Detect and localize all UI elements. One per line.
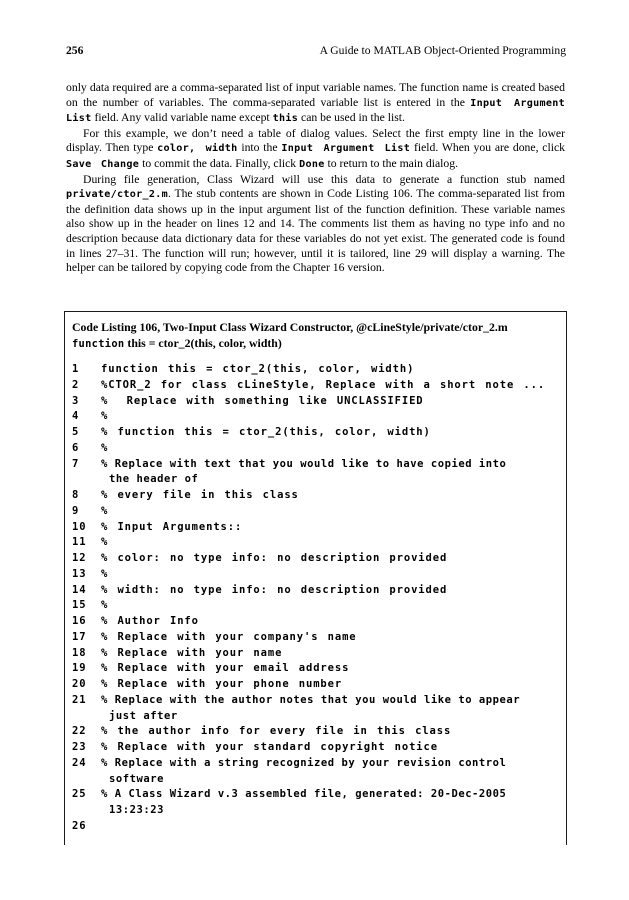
code-text: % — [101, 409, 108, 425]
text-run: . The stub contents are shown in Code Li… — [66, 187, 565, 274]
code-text: % Replace with text that you would like … — [101, 457, 506, 489]
text-run: into the — [238, 141, 282, 154]
code-line: 2%CTOR_2 for class cLineStyle, Replace w… — [72, 378, 561, 394]
code-text: % — [101, 567, 108, 583]
line-number: 12 — [72, 551, 101, 567]
text-run: to return to the main dialog. — [325, 157, 458, 170]
code-text-line: % Author Info — [101, 614, 199, 630]
line-number: 1 — [72, 362, 101, 378]
code-line: 22% the author info for every file in th… — [72, 724, 561, 740]
code-line: 20% Replace with your phone number — [72, 677, 561, 693]
line-number: 10 — [72, 520, 101, 536]
text-run: field. Any valid variable name except — [92, 111, 273, 124]
running-head-title: A Guide to MATLAB Object-Oriented Progra… — [320, 44, 566, 57]
line-number: 19 — [72, 661, 101, 677]
code-text: % Replace with your name — [101, 646, 282, 662]
line-number: 3 — [72, 394, 101, 410]
inline-code: Save Change — [66, 159, 139, 170]
code-text: % every file in this class — [101, 488, 299, 504]
body-text: only data required are a comma-separated… — [66, 81, 565, 276]
line-number: 17 — [72, 630, 101, 646]
line-number: 4 — [72, 409, 101, 425]
line-number: 23 — [72, 740, 101, 756]
listing-signature: function this = ctor_2(this, color, widt… — [72, 336, 561, 353]
code-text: % — [101, 535, 108, 551]
text-run: to commit the data. Finally, click — [139, 157, 299, 170]
code-text-line: % Input Arguments:: — [101, 520, 242, 536]
line-number: 14 — [72, 583, 101, 599]
code-lines: 1function this = ctor_2(this, color, wid… — [72, 362, 561, 835]
code-text: % Replace with the author notes that you… — [101, 693, 520, 725]
listing-title: Code Listing 106, Two-Input Class Wizard… — [72, 320, 561, 336]
code-text: % width: no type info: no description pr… — [101, 583, 447, 599]
code-text: % Replace with a string recognized by yo… — [101, 756, 506, 788]
code-text-line: % — [101, 441, 108, 457]
code-line: 9% — [72, 504, 561, 520]
paragraph: only data required are a comma-separated… — [66, 81, 565, 127]
code-line: 14% width: no type info: no description … — [72, 583, 561, 599]
line-number: 24 — [72, 756, 101, 788]
code-text: % Replace with your standard copyright n… — [101, 740, 438, 756]
paragraph: For this example, we don’t need a table … — [66, 127, 565, 173]
text-run: can be used in the list. — [298, 111, 405, 124]
code-line: 1function this = ctor_2(this, color, wid… — [72, 362, 561, 378]
code-line: 13% — [72, 567, 561, 583]
inline-code: private/ctor_2.m — [66, 189, 168, 200]
code-line: 5% function this = ctor_2(this, color, w… — [72, 425, 561, 441]
code-line: 6% — [72, 441, 561, 457]
code-text-line: % — [101, 567, 108, 583]
line-number: 2 — [72, 378, 101, 394]
line-number: 25 — [72, 787, 101, 819]
line-number: 20 — [72, 677, 101, 693]
code-text: % Input Arguments:: — [101, 520, 242, 536]
running-head: 256 A Guide to MATLAB Object-Oriented Pr… — [66, 44, 566, 57]
code-continuation: the header of — [101, 472, 506, 488]
code-text: % Replace with your phone number — [101, 677, 342, 693]
code-text: % — [101, 598, 108, 614]
line-number: 11 — [72, 535, 101, 551]
line-number: 9 — [72, 504, 101, 520]
code-line: 4% — [72, 409, 561, 425]
code-text-line: % function this = ctor_2(this, color, wi… — [101, 425, 431, 441]
code-text-line: % — [101, 535, 108, 551]
code-text-line: % Replace with the author notes that you… — [101, 693, 520, 709]
code-line: 15% — [72, 598, 561, 614]
signature-keyword: function — [72, 338, 124, 350]
code-text: % Replace with your email address — [101, 661, 349, 677]
code-text-line: % color: no type info: no description pr… — [101, 551, 447, 567]
code-text-line: % Replace with text that you would like … — [101, 457, 506, 473]
line-number: 26 — [72, 819, 101, 835]
code-line: 24% Replace with a string recognized by … — [72, 756, 561, 788]
code-continuation: 13:23:23 — [101, 803, 506, 819]
code-line: 23% Replace with your standard copyright… — [72, 740, 561, 756]
code-text-line: % Replace with your name — [101, 646, 282, 662]
code-text-line: function this = ctor_2(this, color, widt… — [101, 362, 414, 378]
code-text: % A Class Wizard v.3 assembled file, gen… — [101, 787, 506, 819]
code-text-line: % the author info for every file in this… — [101, 724, 451, 740]
text-run: field. When you are done, click — [410, 141, 565, 154]
code-line: 19% Replace with your email address — [72, 661, 561, 677]
code-listing-box: Code Listing 106, Two-Input Class Wizard… — [64, 311, 567, 845]
code-line: 8% every file in this class — [72, 488, 561, 504]
code-text: function this = ctor_2(this, color, widt… — [101, 362, 414, 378]
code-text: % Replace with something like UNCLASSIFI… — [101, 394, 424, 410]
code-line: 10% Input Arguments:: — [72, 520, 561, 536]
code-text-line: % Replace with a string recognized by yo… — [101, 756, 506, 772]
code-line: 26 — [72, 819, 561, 835]
code-text: % the author info for every file in this… — [101, 724, 451, 740]
code-text-line: % A Class Wizard v.3 assembled file, gen… — [101, 787, 506, 803]
code-line: 7% Replace with text that you would like… — [72, 457, 561, 489]
paragraph: During file generation, Class Wizard wil… — [66, 173, 565, 276]
line-number: 13 — [72, 567, 101, 583]
line-number: 15 — [72, 598, 101, 614]
code-line: 18% Replace with your name — [72, 646, 561, 662]
code-line: 11% — [72, 535, 561, 551]
text-run: During file generation, Class Wizard wil… — [83, 173, 565, 186]
code-text: % function this = ctor_2(this, color, wi… — [101, 425, 431, 441]
inline-code: color, width — [157, 143, 237, 154]
code-text-line: %CTOR_2 for class cLineStyle, Replace wi… — [101, 378, 545, 394]
code-line: 21% Replace with the author notes that y… — [72, 693, 561, 725]
code-text: % Replace with your company's name — [101, 630, 357, 646]
code-text-line: % — [101, 598, 108, 614]
code-text: %CTOR_2 for class cLineStyle, Replace wi… — [101, 378, 545, 394]
code-line: 17% Replace with your company's name — [72, 630, 561, 646]
code-text: % Author Info — [101, 614, 199, 630]
line-number: 21 — [72, 693, 101, 725]
line-number: 5 — [72, 425, 101, 441]
code-text-line: % every file in this class — [101, 488, 299, 504]
code-text: % — [101, 504, 108, 520]
inline-code: this — [273, 113, 299, 124]
signature-rest: this = ctor_2(this, color, width) — [124, 336, 281, 350]
book-page: 256 A Guide to MATLAB Object-Oriented Pr… — [0, 0, 629, 900]
code-text-line: % — [101, 409, 108, 425]
code-line: 25% A Class Wizard v.3 assembled file, g… — [72, 787, 561, 819]
page-number: 256 — [66, 44, 83, 57]
code-text-line: % Replace with your phone number — [101, 677, 342, 693]
code-text: % — [101, 441, 108, 457]
line-number: 18 — [72, 646, 101, 662]
line-number: 8 — [72, 488, 101, 504]
code-text-line: % Replace with something like UNCLASSIFI… — [101, 394, 424, 410]
line-number: 7 — [72, 457, 101, 489]
inline-code: Done — [299, 159, 325, 170]
code-line: 3% Replace with something like UNCLASSIF… — [72, 394, 561, 410]
inline-code: Input Argument List — [281, 143, 410, 154]
code-continuation: just after — [101, 709, 520, 725]
code-text: % color: no type info: no description pr… — [101, 551, 447, 567]
line-number: 16 — [72, 614, 101, 630]
code-text-line: % Replace with your standard copyright n… — [101, 740, 438, 756]
code-text-line: % width: no type info: no description pr… — [101, 583, 447, 599]
line-number: 22 — [72, 724, 101, 740]
code-continuation: software — [101, 772, 506, 788]
code-line: 12% color: no type info: no description … — [72, 551, 561, 567]
line-number: 6 — [72, 441, 101, 457]
code-text-line: % — [101, 504, 108, 520]
code-text-line: % Replace with your company's name — [101, 630, 357, 646]
code-text-line: % Replace with your email address — [101, 661, 349, 677]
code-line: 16% Author Info — [72, 614, 561, 630]
